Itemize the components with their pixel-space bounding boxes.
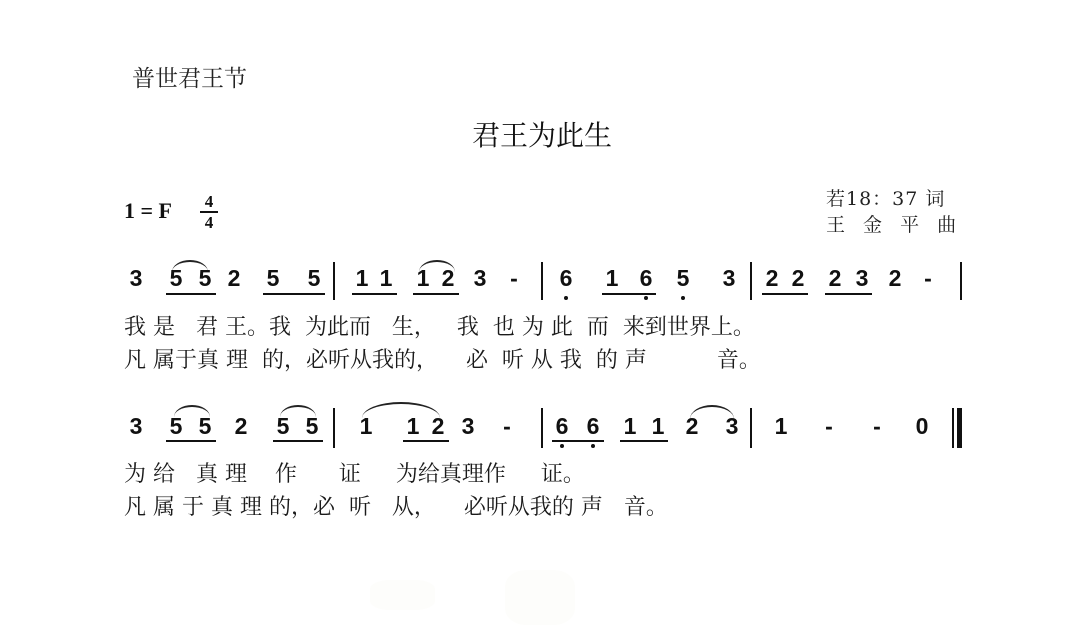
beam: [620, 440, 668, 442]
slur: [690, 405, 734, 419]
watermark: [370, 580, 435, 610]
note: 1: [648, 414, 668, 438]
note: 3: [719, 266, 739, 290]
barline: [333, 408, 335, 448]
beam: [413, 293, 459, 295]
time-numerator: 4: [200, 193, 218, 210]
lyrics-verse-2: 凡 属 于 真 理 的，必 听 从， 必听从我的 声 音。: [124, 490, 668, 521]
note: 5: [166, 414, 186, 438]
note: 6: [552, 414, 572, 438]
lyrics-verse-2: 凡 属于真 理 的，必听从我的， 必 听 从 我 的 声 音。: [124, 343, 761, 374]
note: 3: [458, 414, 478, 438]
final-barline-thin: [952, 408, 954, 448]
note: 1: [602, 266, 622, 290]
lyricist-credit: 若18：37 词: [826, 184, 945, 211]
lower-octave-dot: [564, 296, 568, 300]
beam: [352, 293, 397, 295]
note: 2: [825, 266, 845, 290]
note: 2: [788, 266, 808, 290]
note: 2: [885, 266, 905, 290]
note: 0: [912, 414, 932, 438]
composer-credit: 王 金 平 曲: [826, 210, 962, 237]
slur: [172, 260, 208, 272]
barline: [541, 408, 543, 448]
time-signature: 4 4: [200, 193, 218, 231]
collection-title: 普世君王节: [132, 60, 247, 93]
lyrics-verse-1: 我 是 君 王。我 为此而 生， 我 也 为 此 而 来到世界上。: [124, 310, 755, 341]
barline: [541, 262, 543, 300]
note: 2: [231, 414, 251, 438]
slur: [362, 402, 440, 418]
note: 5: [673, 266, 693, 290]
dash-note: -: [867, 414, 887, 438]
beam: [825, 293, 872, 295]
note: 1: [771, 414, 791, 438]
beam: [552, 440, 604, 442]
dash-note: -: [819, 414, 839, 438]
lyrics-verse-1: 为 给 真 理 作 证 为给真理作 证。: [124, 457, 585, 488]
time-denominator: 4: [200, 214, 218, 231]
watermark: [505, 570, 575, 625]
dash-note: -: [504, 266, 524, 290]
note: 3: [852, 266, 872, 290]
lower-octave-dot: [560, 444, 564, 448]
note: 2: [224, 266, 244, 290]
key-signature: 1 = F: [124, 198, 172, 224]
lower-octave-dot: [591, 444, 595, 448]
note: 5: [263, 266, 283, 290]
note: 5: [302, 414, 322, 438]
final-barline-thick: [957, 408, 962, 448]
lower-octave-dot: [644, 296, 648, 300]
note: 5: [304, 266, 324, 290]
note: 3: [126, 414, 146, 438]
slur: [419, 260, 455, 272]
beam: [166, 293, 216, 295]
note: 6: [636, 266, 656, 290]
beam: [403, 440, 449, 442]
note: 6: [556, 266, 576, 290]
note: 3: [126, 266, 146, 290]
beam: [762, 293, 808, 295]
barline: [750, 408, 752, 448]
note: 1: [620, 414, 640, 438]
beam: [263, 293, 325, 295]
note: 5: [273, 414, 293, 438]
beam: [166, 440, 216, 442]
lower-octave-dot: [681, 296, 685, 300]
note: 2: [762, 266, 782, 290]
note: 3: [470, 266, 490, 290]
song-title: 君王为此生: [0, 114, 1084, 154]
note: 1: [352, 266, 372, 290]
dash-note: -: [918, 266, 938, 290]
note: 5: [195, 414, 215, 438]
barline: [750, 262, 752, 300]
barline: [333, 262, 335, 300]
slur: [174, 405, 210, 417]
note: 6: [583, 414, 603, 438]
barline: [960, 262, 962, 300]
slur: [280, 405, 316, 417]
beam: [273, 440, 323, 442]
note: 1: [376, 266, 396, 290]
dash-note: -: [497, 414, 517, 438]
beam: [602, 293, 656, 295]
